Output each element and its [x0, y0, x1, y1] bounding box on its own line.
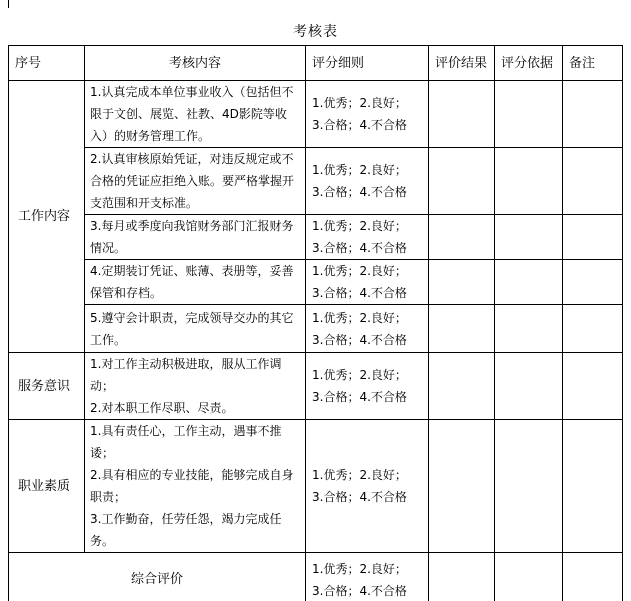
- table-row: 服务意识 1.对工作主动积极进取，服从工作调动； 2.对本职工作尽职、尽责。 1…: [9, 353, 623, 420]
- header-no: 序号: [9, 46, 85, 81]
- table-row: 5.遵守会计职责，完成领导交办的其它工作。 1.优秀；2.良好；3.合格；4.不…: [9, 305, 623, 353]
- service-content: 1.对工作主动积极进取，服从工作调动； 2.对本职工作尽职、尽责。: [85, 353, 306, 420]
- work-item-1: 1.认真完成本单位事业收入（包括但不限于文创、展览、社教、4D影院等收入）的财务…: [85, 81, 306, 148]
- header-content: 考核内容: [85, 46, 306, 81]
- basis-cell[interactable]: [495, 420, 563, 553]
- work-item-5: 5.遵守会计职责，完成领导交办的其它工作。: [85, 305, 306, 353]
- section-label-work: 工作内容: [9, 81, 85, 353]
- work-item-2: 2.认真审核原始凭证，对违反规定或不合格的凭证应拒绝入账。要严格掌握开支范围和开…: [85, 148, 306, 215]
- remark-cell[interactable]: [563, 353, 623, 420]
- basis-cell[interactable]: [495, 215, 563, 260]
- work-item-3: 3.每月或季度向我馆财务部门汇报财务情况。: [85, 215, 306, 260]
- rule-cell: 1.优秀；2.良好；3.合格；4.不合格: [306, 81, 429, 148]
- basis-cell[interactable]: [495, 81, 563, 148]
- result-cell[interactable]: [429, 553, 495, 601]
- remark-cell[interactable]: [563, 420, 623, 553]
- result-cell[interactable]: [429, 260, 495, 305]
- rule-cell: 1.优秀；2.良好；3.合格；4.不合格: [306, 148, 429, 215]
- remark-cell[interactable]: [563, 260, 623, 305]
- table-row: 综合评价 1.优秀；2.良好；3.合格；4.不合格: [9, 553, 623, 601]
- basis-cell[interactable]: [495, 553, 563, 601]
- table-header-row: 序号 考核内容 评分细则 评价结果 评分依据 备注: [9, 46, 623, 81]
- basis-cell[interactable]: [495, 148, 563, 215]
- quality-content: 1.具有责任心，工作主动，遇事不推诿； 2.具有相应的专业技能，能够完成自身职责…: [85, 420, 306, 553]
- basis-cell[interactable]: [495, 260, 563, 305]
- section-label-quality: 职业素质: [9, 420, 85, 553]
- table-row: 职业素质 1.具有责任心，工作主动，遇事不推诿； 2.具有相应的专业技能，能够完…: [9, 420, 623, 553]
- assessment-table: 序号 考核内容 评分细则 评价结果 评分依据 备注 工作内容 1.认真完成本单位…: [8, 45, 623, 601]
- header-remark: 备注: [563, 46, 623, 81]
- basis-cell[interactable]: [495, 305, 563, 353]
- table-row: 3.每月或季度向我馆财务部门汇报财务情况。 1.优秀；2.良好；3.合格；4.不…: [9, 215, 623, 260]
- header-result: 评价结果: [429, 46, 495, 81]
- basis-cell[interactable]: [495, 353, 563, 420]
- rule-cell: 1.优秀；2.良好；3.合格；4.不合格: [306, 215, 429, 260]
- table-row: 2.认真审核原始凭证，对违反规定或不合格的凭证应拒绝入账。要严格掌握开支范围和开…: [9, 148, 623, 215]
- text-cursor-bottom: [8, 588, 9, 601]
- result-cell[interactable]: [429, 148, 495, 215]
- result-cell[interactable]: [429, 215, 495, 260]
- remark-cell[interactable]: [563, 215, 623, 260]
- rule-cell: 1.优秀；2.良好；3.合格；4.不合格: [306, 553, 429, 601]
- table-row: 4.定期装订凭证、账薄、表册等，妥善保管和存档。 1.优秀；2.良好；3.合格；…: [9, 260, 623, 305]
- rule-cell: 1.优秀；2.良好；3.合格；4.不合格: [306, 305, 429, 353]
- table-row: 工作内容 1.认真完成本单位事业收入（包括但不限于文创、展览、社教、4D影院等收…: [9, 81, 623, 148]
- rule-cell: 1.优秀；2.良好；3.合格；4.不合格: [306, 353, 429, 420]
- remark-cell[interactable]: [563, 305, 623, 353]
- remark-cell[interactable]: [563, 148, 623, 215]
- document-title: 考核表: [0, 21, 631, 41]
- result-cell[interactable]: [429, 305, 495, 353]
- result-cell[interactable]: [429, 81, 495, 148]
- result-cell[interactable]: [429, 353, 495, 420]
- remark-cell[interactable]: [563, 553, 623, 601]
- section-label-summary: 综合评价: [9, 553, 306, 601]
- result-cell[interactable]: [429, 420, 495, 553]
- header-rules: 评分细则: [306, 46, 429, 81]
- remark-cell[interactable]: [563, 81, 623, 148]
- text-cursor-top: [8, 0, 9, 8]
- rule-cell: 1.优秀；2.良好；3.合格；4.不合格: [306, 260, 429, 305]
- section-label-service: 服务意识: [9, 353, 85, 420]
- rule-cell: 1.优秀；2.良好；3.合格；4.不合格: [306, 420, 429, 553]
- work-item-4: 4.定期装订凭证、账薄、表册等，妥善保管和存档。: [85, 260, 306, 305]
- header-basis: 评分依据: [495, 46, 563, 81]
